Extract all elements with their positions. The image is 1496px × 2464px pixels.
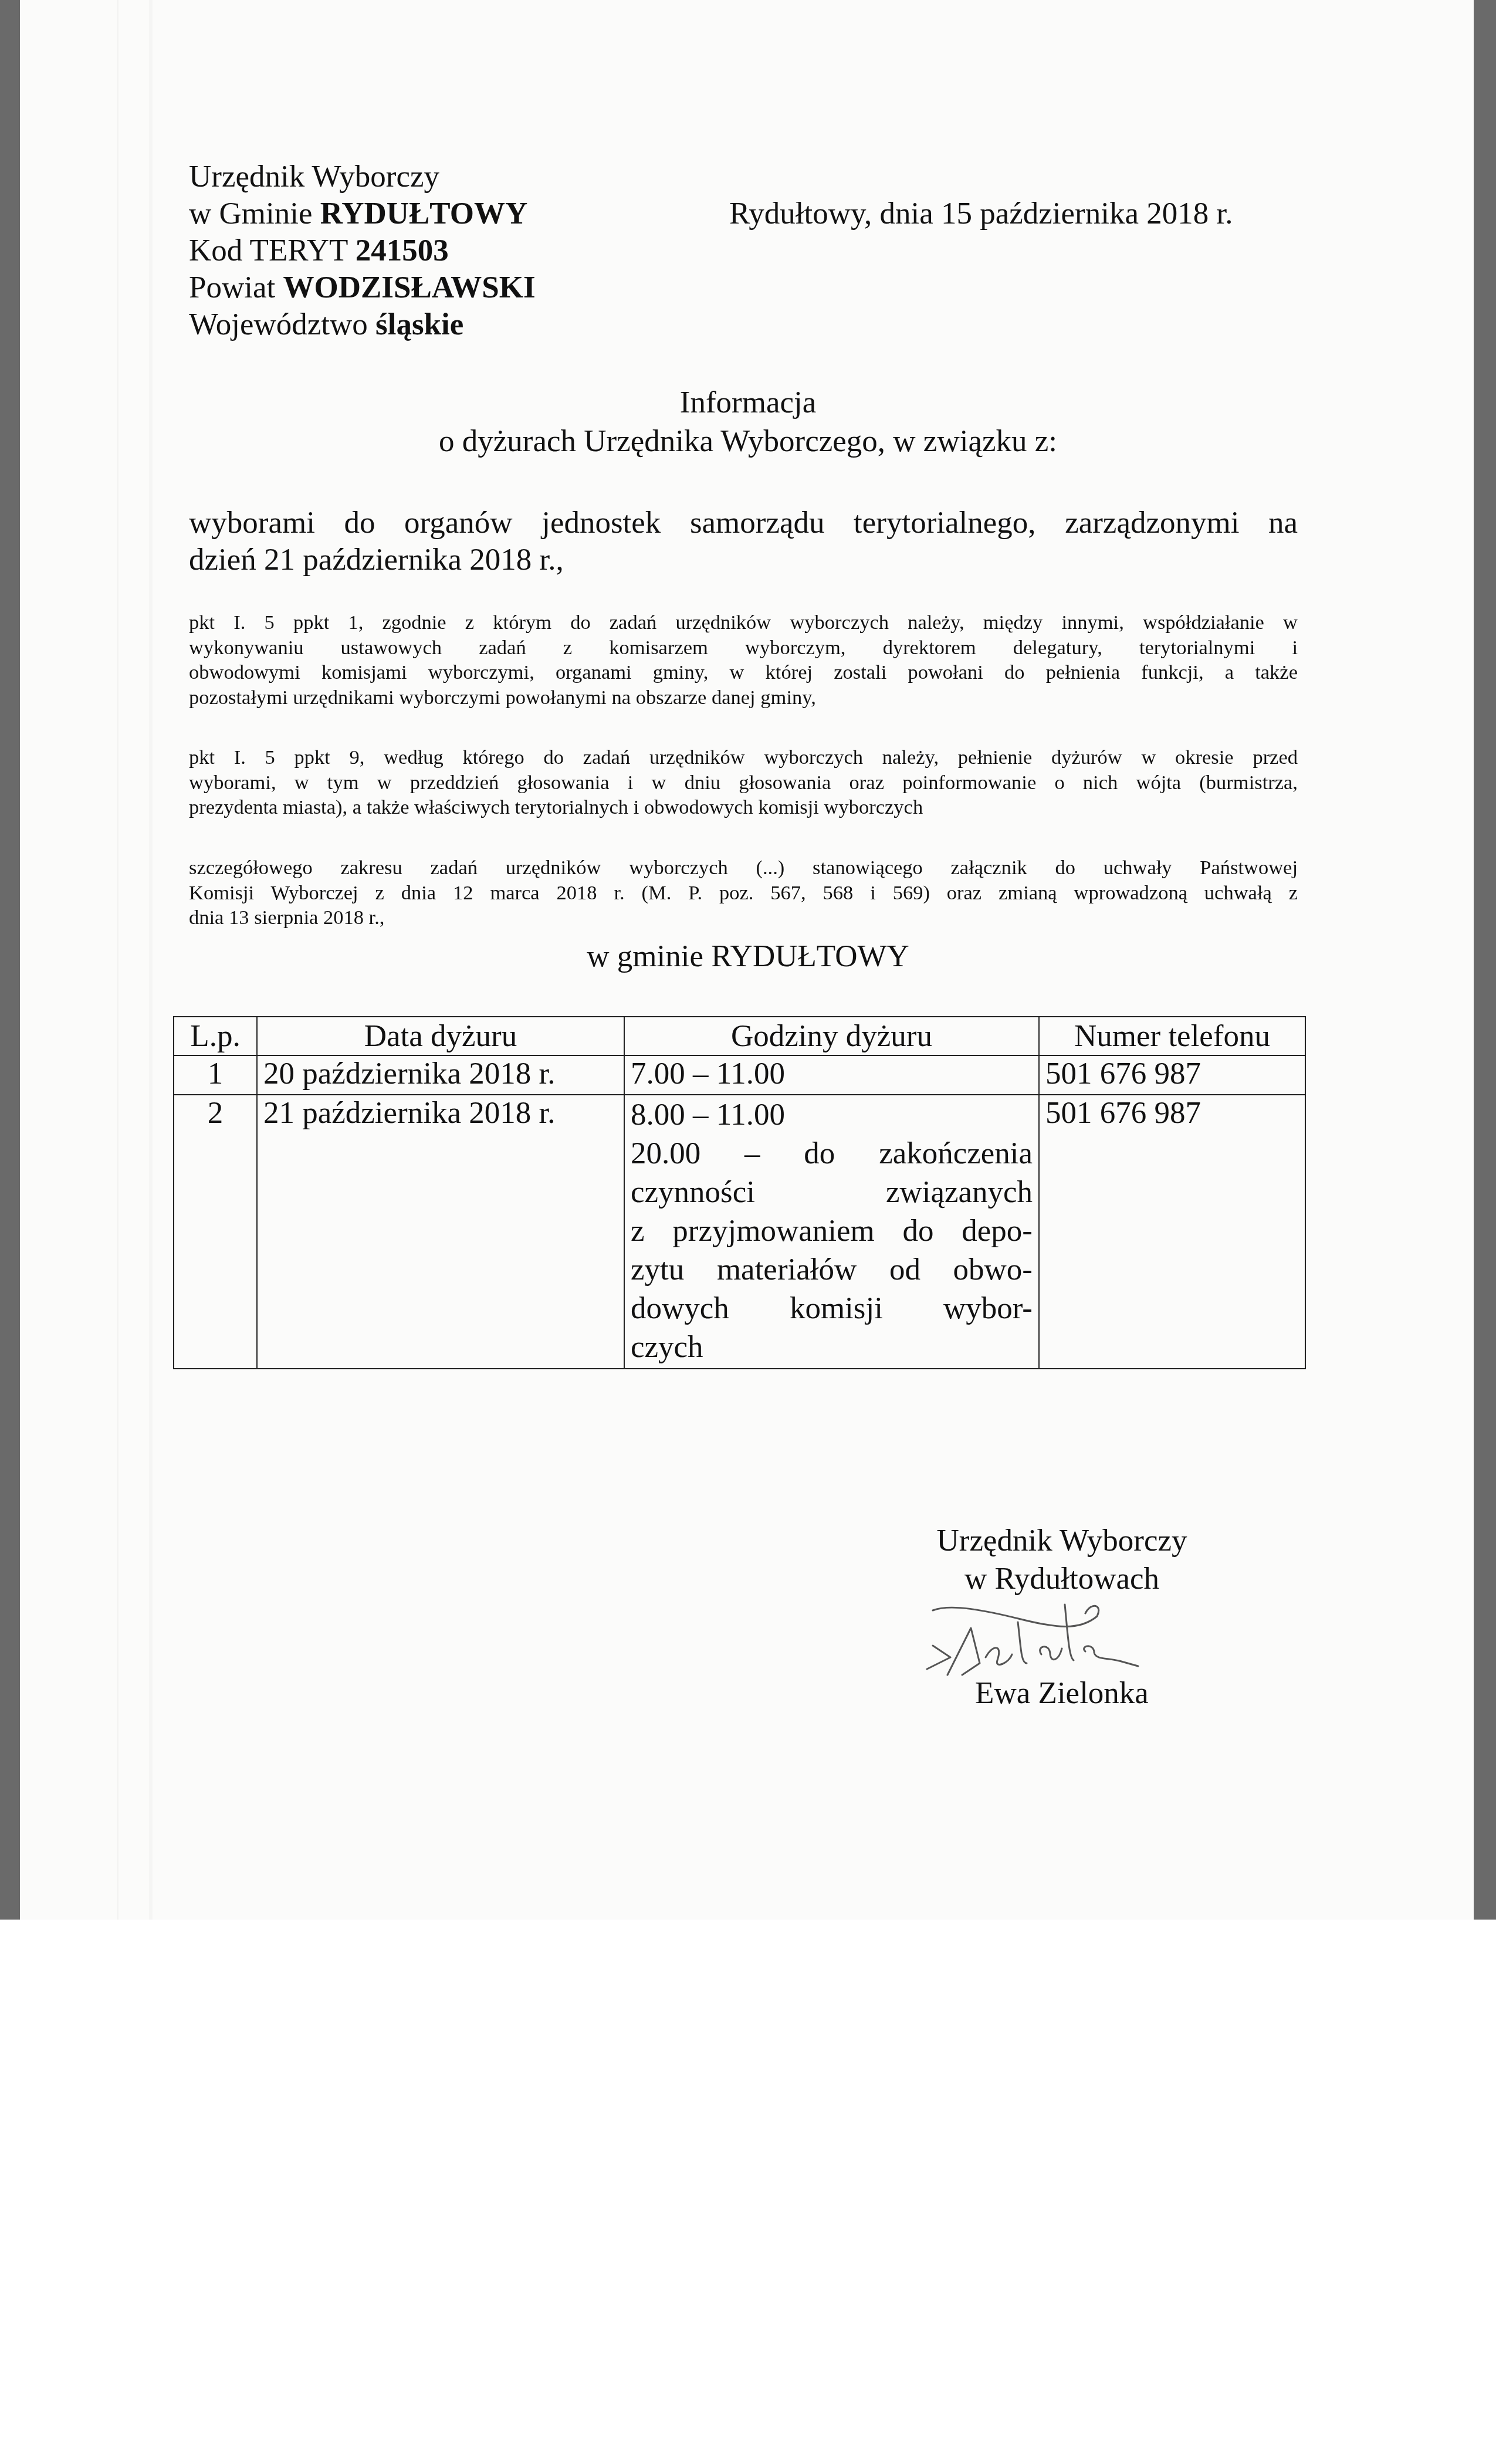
paragraph-line: dnia 13 sierpnia 2018 r., [189, 905, 1298, 930]
column-header-date: Data dyżuru [257, 1017, 624, 1055]
column-header-hours: Godziny dyżuru [624, 1017, 1039, 1055]
column-header-lp: L.p. [174, 1017, 257, 1055]
hours-line: dowych komisji wybor- [631, 1289, 1033, 1328]
paragraph-line: wyborami, w tym w przeddzień głosowania … [189, 770, 1298, 796]
hours-line: czynności związanych [631, 1173, 1033, 1211]
cell-date: 20 października 2018 r. [257, 1055, 624, 1095]
place-date: Rydułtowy, dnia 15 października 2018 r. [729, 195, 1233, 232]
paragraph-line: obwodowymi komisjami wyborczymi, organam… [189, 660, 1298, 685]
issuer-line: w Gminie RYDUŁTOWY [189, 195, 536, 232]
issuer-line: Powiat WODZISŁAWSKI [189, 269, 536, 306]
document-title: Informacja [0, 385, 1496, 420]
paragraph-line: Komisji Wyborczej z dnia 12 marca 2018 r… [189, 881, 1298, 906]
signatory-title: Urzędnik Wyborczy [880, 1522, 1244, 1559]
cell-phone: 501 676 987 [1039, 1055, 1305, 1095]
legal-paragraph-3: szczegółowego zakresu zadań urzędników w… [189, 855, 1298, 930]
legal-paragraph-1: pkt I. 5 ppkt 1, zgodnie z którym do zad… [189, 610, 1298, 710]
cell-lp: 2 [174, 1095, 257, 1369]
issuer-line: Urzędnik Wyborczy [189, 158, 536, 195]
hours-line: zytu materiałów od obwo- [631, 1250, 1033, 1289]
issuer-line: Województwo śląskie [189, 306, 536, 343]
paragraph-line: pozostałymi urzędnikami wyborczymi powoł… [189, 685, 1298, 710]
table-row: 1 20 października 2018 r. 7.00 – 11.00 5… [174, 1055, 1305, 1095]
hours-line: 7.00 – 11.00 [631, 1056, 1033, 1091]
lead-paragraph: wyborami do organów jednostek samorządu … [189, 505, 1298, 578]
paragraph-line: pkt I. 5 ppkt 1, zgodnie z którym do zad… [189, 610, 1298, 635]
paragraph-line: wykonywaniu ustawowych zadań z komisarze… [189, 635, 1298, 661]
cell-hours: 8.00 – 11.00 20.00 – do zakończenia czyn… [624, 1095, 1039, 1369]
cell-phone: 501 676 987 [1039, 1095, 1305, 1369]
hours-line: czych [631, 1328, 1033, 1366]
duty-schedule-table: L.p. Data dyżuru Godziny dyżuru Numer te… [173, 1016, 1306, 1369]
hours-line: 8.00 – 11.00 [631, 1095, 1033, 1134]
column-header-phone: Numer telefonu [1039, 1017, 1305, 1055]
table-header-row: L.p. Data dyżuru Godziny dyżuru Numer te… [174, 1017, 1305, 1055]
lead-line: wyborami do organów jednostek samorządu … [189, 505, 1298, 541]
table-row: 2 21 października 2018 r. 8.00 – 11.00 2… [174, 1095, 1305, 1369]
lead-line: dzień 21 października 2018 r., [189, 541, 1298, 578]
legal-paragraph-2: pkt I. 5 ppkt 9, według którego do zadań… [189, 745, 1298, 820]
paragraph-line: pkt I. 5 ppkt 9, według którego do zadań… [189, 745, 1298, 770]
cell-hours: 7.00 – 11.00 [624, 1055, 1039, 1095]
hours-line: 20.00 – do zakończenia [631, 1134, 1033, 1173]
hours-line: z przyjmowaniem do depo- [631, 1211, 1033, 1250]
issuer-line: Kod TERYT 241503 [189, 232, 536, 269]
municipality-heading: w gminie RYDUŁTOWY [0, 939, 1496, 974]
signatory-name: Ewa Zielonka [880, 1675, 1244, 1712]
issuer-block: Urzędnik Wyborczy w Gminie RYDUŁTOWY Kod… [189, 158, 536, 343]
paragraph-line: prezydenta miasta), a także właściwych t… [189, 795, 1298, 820]
signatory-location: w Rydułtowach [880, 1561, 1244, 1597]
document-subtitle: o dyżurach Urzędnika Wyborczego, w związ… [0, 424, 1496, 459]
paragraph-line: szczegółowego zakresu zadań urzędników w… [189, 855, 1298, 881]
cell-date: 21 października 2018 r. [257, 1095, 624, 1369]
cell-lp: 1 [174, 1055, 257, 1095]
